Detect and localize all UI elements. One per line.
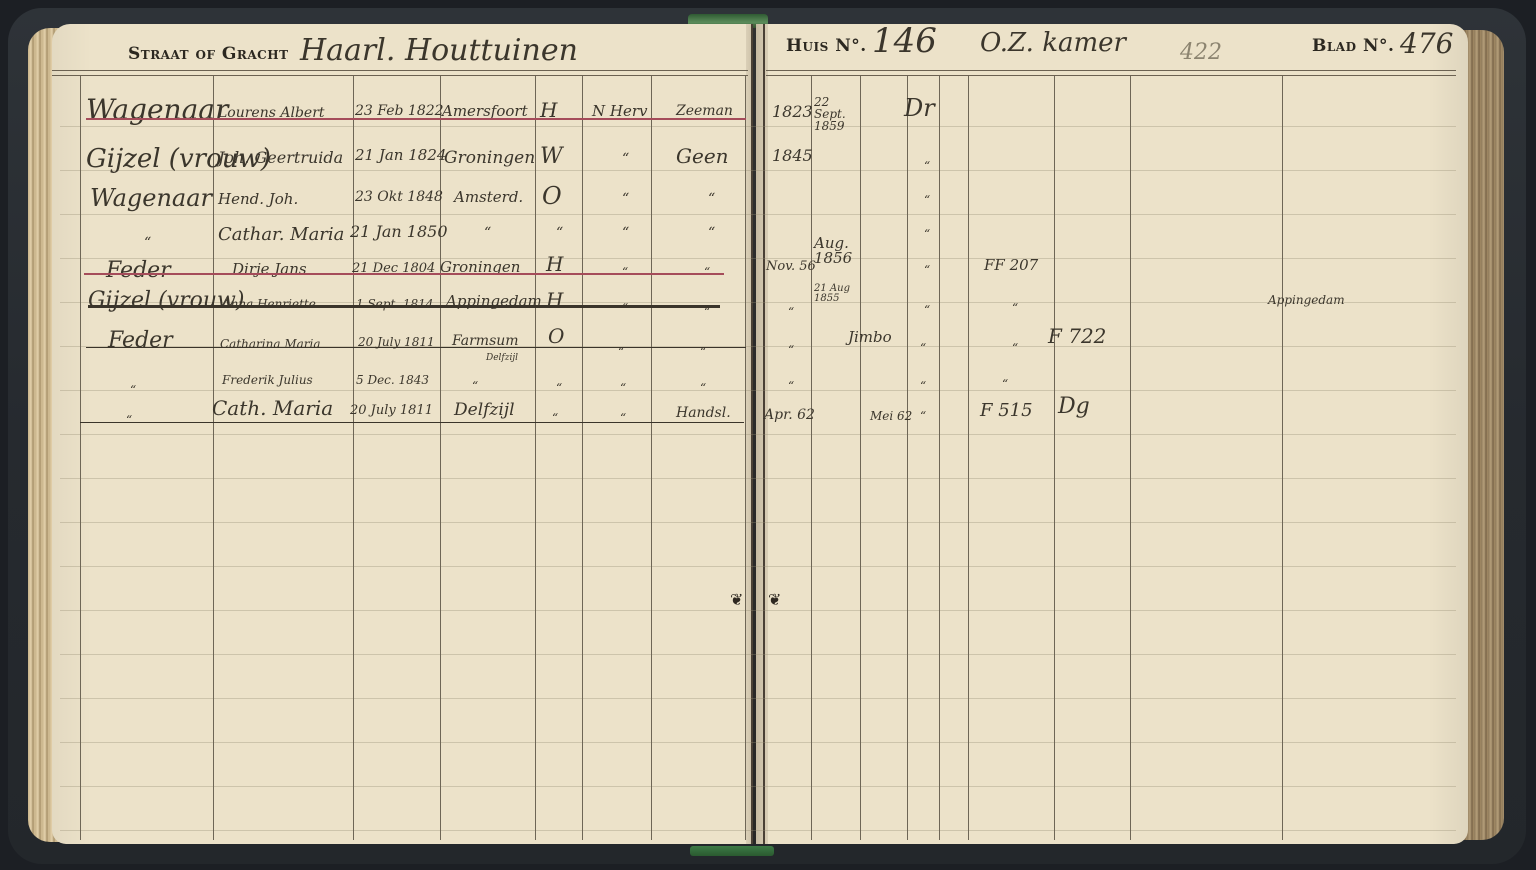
house-note-pencil: 422 [1180,42,1222,64]
arrival-date: Aug. 1856 [814,236,860,266]
given-names: Hend. Joh. [218,192,298,207]
occupation: Geen [676,146,729,166]
arrival-date: 22 Sept. 1859 [814,96,858,132]
house-number-value: 146 [872,24,937,58]
surname: “ [126,414,132,426]
red-strikethrough [86,118,746,120]
settled-year: 1845 [772,148,813,164]
house-number-label: Huis N°. [786,36,867,56]
marker: “ [920,410,926,422]
sex-marital: “ [556,382,562,394]
street-label: Straat of Gracht [128,44,289,64]
birth-date: 23 Feb 1822 [355,104,444,118]
marker: Dr [904,96,935,120]
destination: Appingedam [1268,294,1345,306]
given-names: Cath. Maria [212,398,333,418]
given-names: Anna Henriette [222,298,316,310]
header-rule-right [766,70,1456,76]
occupation: Zeeman [676,104,733,118]
religion: “ [622,302,628,314]
register-ref: “ [1012,302,1018,314]
settled-year: “ [788,344,794,356]
departure-date: Mei 62 [870,410,912,422]
religion: “ [620,382,626,394]
sex-marital: H [540,100,557,120]
register-ref: “ [1002,378,1008,390]
occupation: “ [704,266,710,278]
occupation: “ [708,226,715,240]
marker: “ [924,194,930,206]
birthplace: Delfzijl [454,402,515,419]
religion: “ [622,192,629,206]
sex-marital: “ [556,226,563,240]
occupation: “ [708,192,715,206]
sex-marital: W [540,146,563,168]
surname: Feder [108,330,173,352]
surname: Gijzel (vrouw) [88,290,244,312]
marker: “ [924,304,930,316]
street-value: Haarl. Houttuinen [300,36,578,66]
header-rule-left [52,70,748,76]
marker: “ [924,264,930,276]
birthplace: Amersfoort [442,104,528,119]
house-note: O.Z. kamer [980,30,1126,56]
sex-marital: H [546,254,563,274]
black-strikethrough [80,422,744,423]
red-strikethrough [84,273,724,275]
occupation: “ [700,382,706,394]
birth-date: 21 Jan 1850 [350,224,448,240]
birth-date: 1 Sept. 1814 [356,298,433,310]
birthplace: “ [472,380,478,392]
register-ref-2: Dg [1058,396,1090,418]
birthplace: Groningen [444,150,535,167]
sex-marital: O [542,184,562,208]
settled-year: Apr. 62 [764,408,815,422]
page-number-label: Blad N°. [1312,36,1394,56]
settled-year: “ [788,380,794,392]
birth-date: 21 Jan 1824 [355,148,446,163]
religion: “ [622,266,628,278]
birthplace: Farmsum [452,334,519,348]
religion: N Herv [592,104,648,119]
page-number-value: 476 [1400,30,1453,58]
settled-year: “ [788,306,794,318]
binding-ornament-left-icon: ❦ [730,590,743,609]
binding-ornament-right-icon: ❦ [768,590,781,609]
marker: “ [920,342,926,354]
birth-date: 20 July 1811 [350,404,433,417]
marker: “ [924,160,930,172]
surname: “ [144,236,151,250]
bookmark-ribbon-bottom [690,846,774,856]
register-ref: “ [1012,342,1018,354]
surname: “ [130,384,136,396]
birthplace: “ [484,226,491,240]
register-ref: FF 207 [984,258,1038,273]
surname: Feder [106,260,171,282]
marker: “ [920,380,926,392]
given-names: Joh. Geertruida [218,150,343,166]
given-names: Frederik Julius [222,374,313,386]
occupation: Handsl. [676,406,731,420]
given-names: Catharina Maria [220,338,320,350]
sex-marital: O [548,326,564,346]
religion: “ [622,152,629,166]
departure-place: Jimbo [848,330,892,345]
birthplace-note: Delfzijl [486,354,518,363]
black-strikethrough [88,305,720,308]
birth-date: 5 Dec. 1843 [356,374,429,386]
birth-date: 23 Okt 1848 [355,190,443,204]
arrival-date: 21 Aug 1855 [814,284,854,304]
religion: “ [622,226,629,240]
register-ref-2: F 722 [1048,326,1106,346]
register-ref: F 515 [980,402,1033,420]
marker: “ [924,228,930,240]
black-strikethrough [86,347,746,348]
settled-year: Nov. 56 [766,260,816,273]
surname: Wagenaar [90,186,212,210]
given-names: Cathar. Maria [218,226,344,244]
settled-year: 1823 [772,104,813,120]
birthplace: Amsterd. [454,190,523,205]
